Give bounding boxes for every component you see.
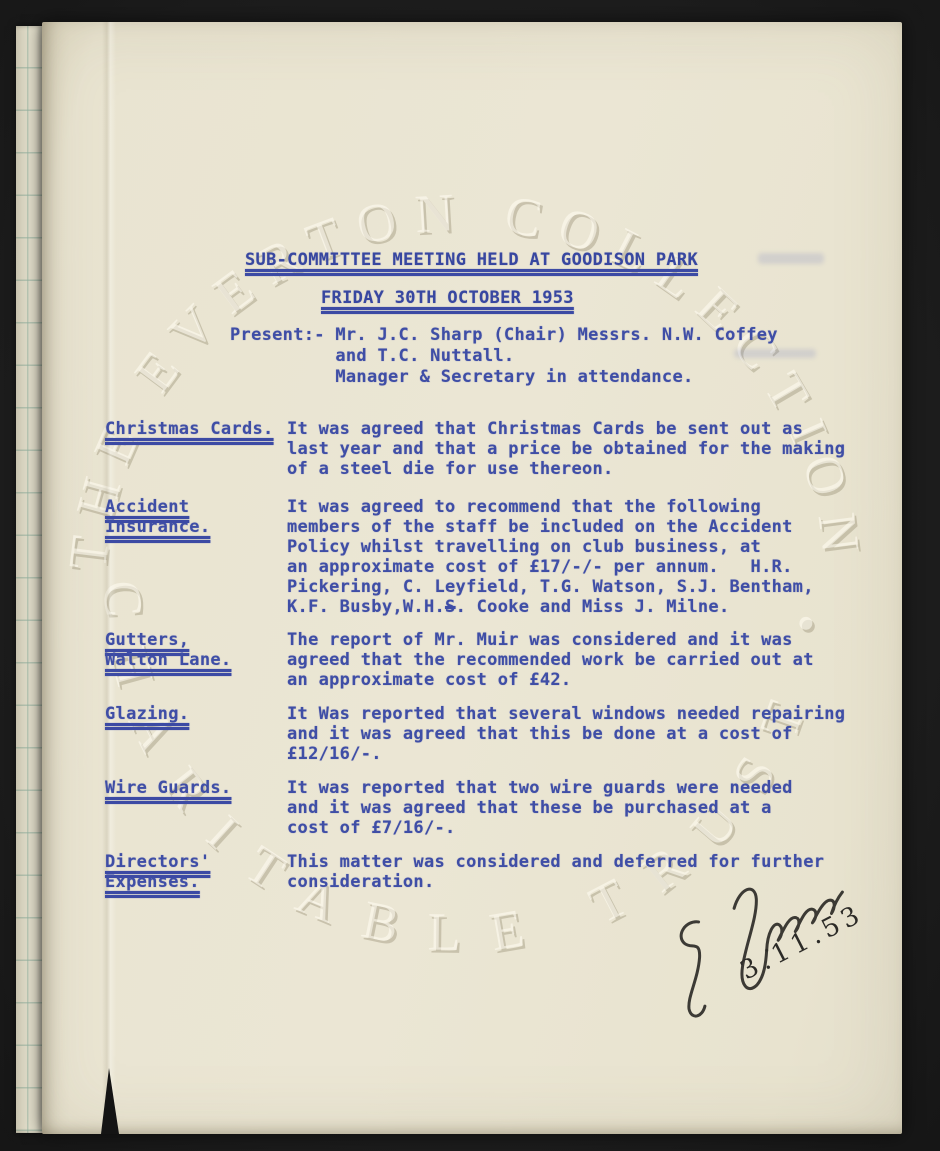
section-label: Wire Guards. <box>105 778 231 798</box>
section-body: It was agreed to recommend that the foll… <box>287 497 814 617</box>
section-body: It Was reported that several windows nee… <box>287 704 845 764</box>
paper-fold-crease <box>102 22 116 1134</box>
section-label: Christmas Cards. <box>105 419 274 439</box>
section-body-text: . Cooke and Miss J. Milne. <box>456 597 730 617</box>
scan-background: { "page": { "title": "SUB-COMMITTEE MEET… <box>0 0 940 1151</box>
ledger-page-edge <box>16 26 43 1133</box>
document-title: SUB-COMMITTEE MEETING HELD AT GOODISON P… <box>245 250 698 270</box>
section-label: Accident Insurance. <box>105 497 210 537</box>
section-body: This matter was considered and deferred … <box>287 852 824 892</box>
section-label: Directors' Expenses. <box>105 852 210 892</box>
section-label: Glazing. <box>105 704 189 724</box>
section-label: Gutters, Walton Lane. <box>105 630 231 670</box>
present-attendees-block: Present:- Mr. J.C. Sharp (Chair) Messrs.… <box>230 325 778 388</box>
signature-date: 3.11.53 <box>736 899 869 987</box>
struck-out-initial: S <box>445 597 456 617</box>
section-body: The report of Mr. Muir was considered an… <box>287 630 814 690</box>
section-body: It was reported that two wire guards wer… <box>287 778 793 838</box>
document-page: THE EVERTON COLLECTION THE EVERTON COLLE… <box>42 22 902 1134</box>
ink-smudge <box>758 253 824 264</box>
meeting-date-heading: FRIDAY 30TH OCTOBER 1953 <box>321 288 574 308</box>
section-body: It was agreed that Christmas Cards be se… <box>287 419 845 479</box>
